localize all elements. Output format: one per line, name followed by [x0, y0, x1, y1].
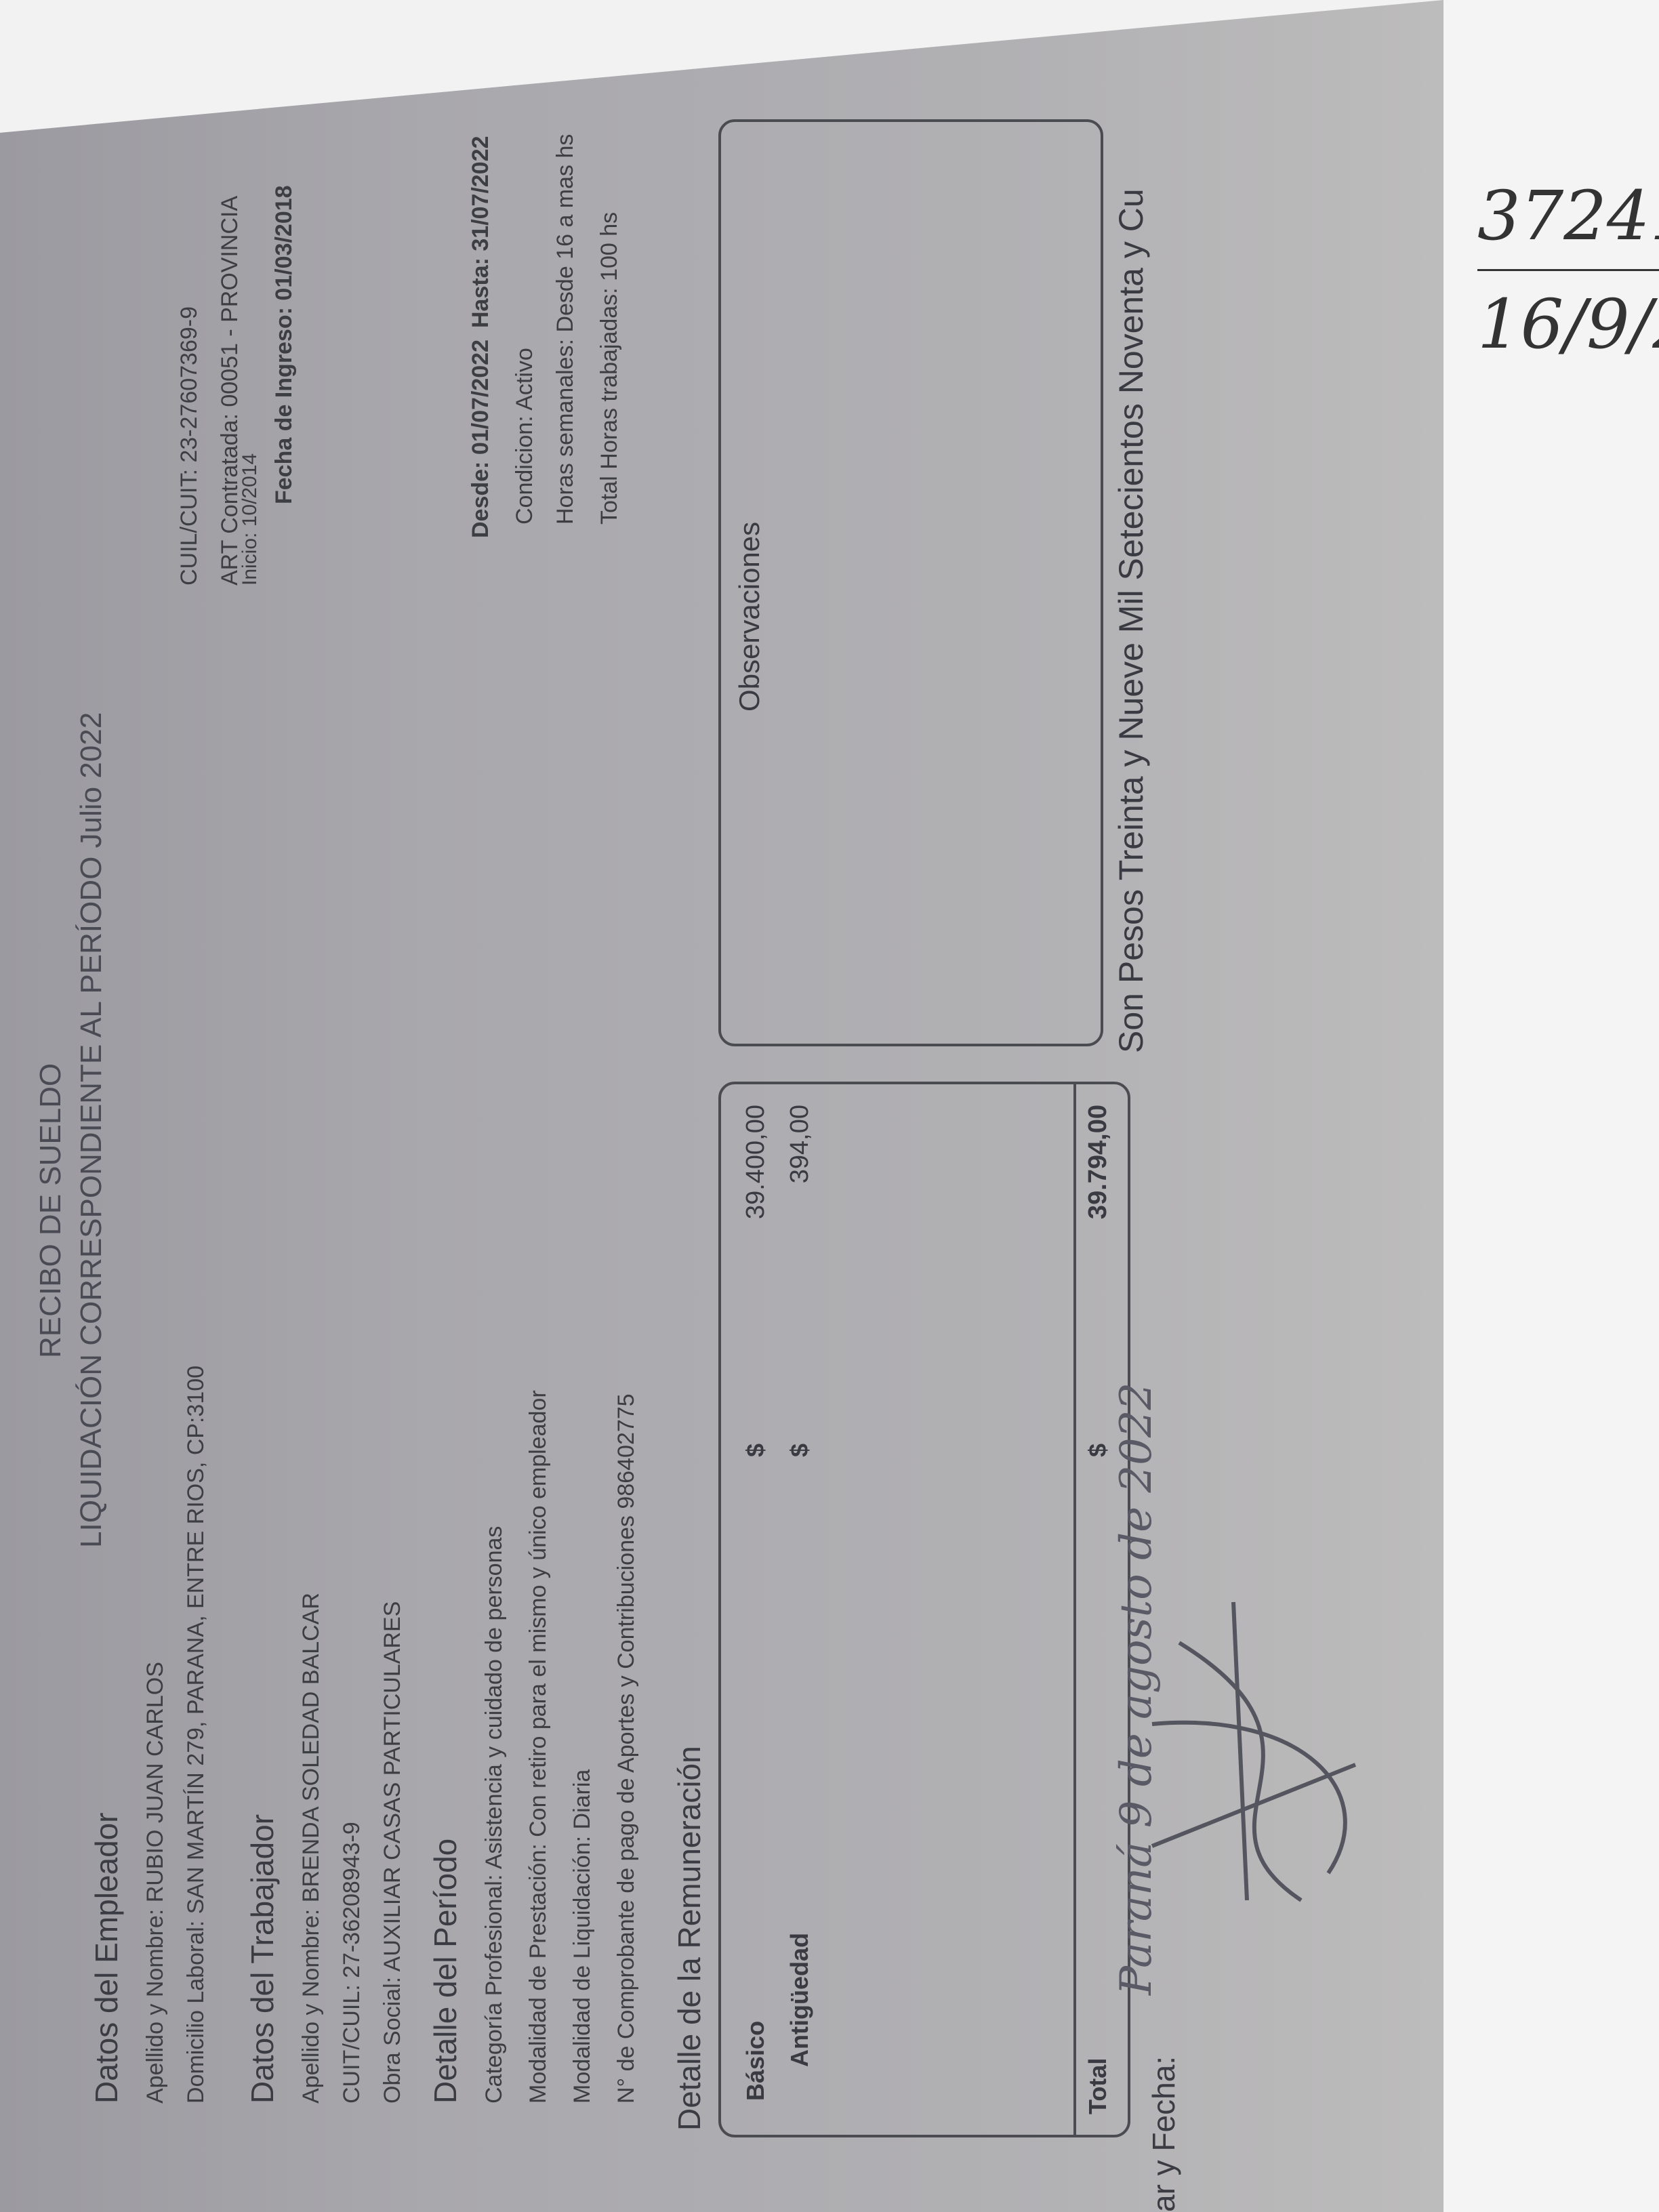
row-antiguedad-amount: 394,00 [785, 1105, 815, 1183]
remuneration-box: Básico $ 39.400,00 Antigüedad $ 394,00 T… [718, 1082, 1130, 2137]
employer-inicio-field: Inicio: 10/2014 [239, 453, 262, 586]
employer-heading: Datos del Empleador [88, 1812, 125, 2104]
period-modalidad-prestacion: Modalidad de Prestación: Con retiro para… [525, 1390, 552, 2104]
total-currency: $ [1084, 1443, 1112, 1457]
employer-name-field: Apellido y Nombre: RUBIO JUAN CARLOS [142, 1662, 169, 2104]
row-antiguedad-currency: $ [785, 1443, 814, 1457]
period-categoria: Categoría Profesional: Asistencia y cuid… [481, 1526, 508, 2104]
total-amount: 39.794,00 [1084, 1105, 1113, 1219]
remuneration-heading: Detalle de la Remuneración [671, 1746, 708, 2131]
period-desde: Desde: 01/07/2022 [468, 340, 494, 538]
document-subtitle: LIQUIDACIÓN CORRESPONDIENTE AL PERÍODO J… [75, 712, 108, 1548]
observations-box: Observaciones [718, 119, 1103, 1046]
period-total-horas: Total Horas trabajadas: 100 hs [596, 212, 623, 525]
period-hasta: Hasta: 31/07/2022 [468, 136, 494, 328]
employer-cuit-field: CUIL/CUIT: 23-27607369-9 [176, 306, 203, 586]
worker-obra-social-field: Obra Social: AUXILIAR CASAS PARTICULARES [380, 1601, 406, 2104]
pay-receipt: RECIBO DE SUELDO LIQUIDACIÓN CORRESPONDI… [0, 0, 1443, 2212]
employer-address-field: Domicilio Laboral: SAN MARTÍN 279, PARAN… [183, 1366, 209, 2104]
total-divider [1073, 1084, 1076, 2135]
document-title: RECIBO DE SUELDO [34, 1063, 68, 1358]
row-antiguedad-label: Antigüedad [785, 1933, 814, 2067]
signature-mark [1098, 1548, 1382, 1927]
row-basico-amount: 39.400,00 [741, 1105, 771, 1219]
total-label: Total [1084, 2058, 1112, 2114]
note-number: 37241 [1477, 176, 1659, 255]
worker-cuit-field: CUIT/CUIL: 27-36208943-9 [339, 1822, 365, 2104]
row-basico-currency: $ [741, 1443, 770, 1457]
period-comprobante: N° de Comprobante de pago de Aportes y C… [613, 1393, 640, 2104]
worker-heading: Datos del Trabajador [244, 1814, 281, 2104]
worker-ingreso-field: Fecha de Ingreso: 01/03/2018 [271, 185, 298, 504]
period-heading: Detalle del Período [427, 1839, 464, 2104]
row-basico-label: Básico [741, 2021, 770, 2101]
period-horas-semanales: Horas semanales: Desde 16 a mas hs [552, 134, 579, 525]
margin-note: 37241 16/9/22 [1477, 176, 1659, 364]
observations-heading: Observaciones [733, 522, 766, 712]
worker-name-field: Apellido y Nombre: BRENDA SOLEDAD BALCAR [298, 1593, 325, 2104]
note-divider [1477, 269, 1659, 271]
note-date: 16/9/22 [1477, 285, 1659, 364]
period-condicion: Condicion: Activo [512, 348, 538, 525]
signature-label: ar y Fecha: [1145, 2056, 1182, 2212]
amount-in-words: Son Pesos Treinta y Nueve Mil Seteciento… [1111, 188, 1151, 1053]
period-modalidad-liquidacion: Modalidad de Liquidación: Diaria [569, 1769, 596, 2104]
